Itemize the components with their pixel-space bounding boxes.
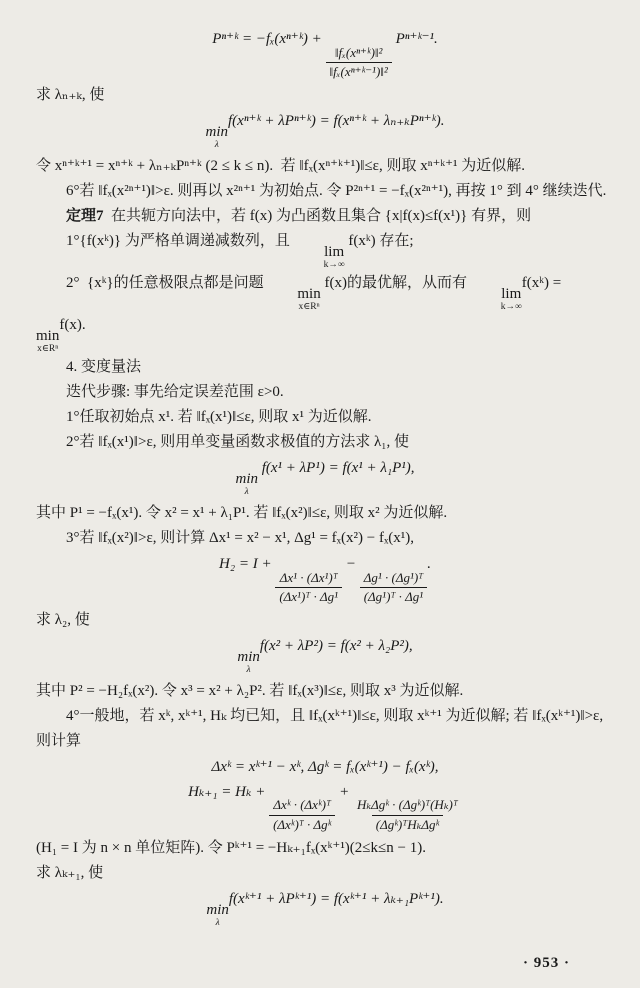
text-line: 令 xⁿ⁺ᵏ⁺¹ = xⁿ⁺ᵏ + λₙ₊ₖPⁿ⁺ᵏ (2 ≤ k ≤ n). … bbox=[36, 154, 614, 179]
text-line: 定理7 在共轭方向法中，若 f(x) 为凸函数且集合 {x|f(x)≤f(x¹)… bbox=[36, 204, 614, 229]
text-run: 1°{f(xᵏ)} 为严格单调递减数列，且 bbox=[66, 233, 294, 249]
operator-name: min bbox=[267, 287, 320, 303]
operator-name: lim bbox=[471, 287, 521, 303]
text-line: 1°任取初始点 x¹. 若 ‖fₓ(x¹)‖≤ε, 则取 x¹ 为近似解. bbox=[36, 405, 614, 430]
min-operator: minλ bbox=[206, 125, 229, 151]
operator-name: min bbox=[206, 903, 229, 919]
text-line: (H₁ = I 为 n × n 单位矩阵). 令 Pᵏ⁺¹ = −Hₖ₊₁fₓ(… bbox=[36, 836, 614, 861]
fraction-denominator: (Δx¹)ᵀ · Δg¹ bbox=[275, 587, 342, 605]
fraction-denominator: (Δg¹)ᵀ · Δg¹ bbox=[360, 587, 427, 605]
min-operator: minx∈Rⁿ bbox=[36, 329, 59, 355]
text-line: 迭代步骤: 事先给定误差范围 ε>0. bbox=[36, 380, 614, 405]
text-line: 求 λ₂, 使 bbox=[36, 608, 614, 633]
fraction-numerator: Δxᵏ · (Δxᵏ)ᵀ bbox=[269, 797, 335, 814]
operator-name: min bbox=[36, 329, 59, 345]
text-run: 其中 P¹ = −fₓ(x¹). 令 x² = x¹ + λ₁P¹. 若 ‖fₓ… bbox=[36, 505, 447, 521]
formula-line: Hₖ₊₁ = Hₖ + Δxᵏ · (Δxᵏ)ᵀ(Δxᵏ)ᵀ · Δgᵏ + H… bbox=[36, 782, 614, 833]
text-run: 2°若 ‖fₓ(x¹)‖>ε, 则用单变量函数求极值的方法求 λ₁, 使 bbox=[66, 434, 409, 450]
text-run: Δxᵏ = xᵏ⁺¹ − xᵏ, Δgᵏ = fₓ(xᵏ⁺¹) − fₓ(xᵏ)… bbox=[211, 759, 438, 775]
text-run: 求 λ₂, 使 bbox=[36, 612, 90, 628]
formula-line: minλf(xᵏ⁺¹ + λPᵏ⁺¹) = f(xᵏ⁺¹ + λₖ₊₁Pᵏ⁺¹)… bbox=[36, 889, 614, 929]
fraction-denominator: (Δxᵏ)ᵀ · Δgᵏ bbox=[269, 815, 335, 833]
fraction-numerator: ‖fₓ(xⁿ⁺ᵏ)‖² bbox=[331, 45, 387, 62]
text-line: 其中 P¹ = −fₓ(x¹). 令 x² = x¹ + λ₁P¹. 若 ‖fₓ… bbox=[36, 501, 614, 526]
operator-subscript: x∈Rⁿ bbox=[37, 345, 58, 355]
operator-name: min bbox=[237, 650, 260, 666]
lim-operator: limk→∞ bbox=[471, 287, 522, 313]
text-line: 其中 P² = −H₂fₓ(x²). 令 x³ = x² + λ₂P². 若 ‖… bbox=[36, 679, 614, 704]
text-run: 4. 变度量法 bbox=[66, 359, 141, 375]
operator-subscript: λ bbox=[216, 919, 220, 929]
text-run: Pⁿ⁺ᵏ = −fₓ(xⁿ⁺ᵏ) + bbox=[212, 31, 325, 47]
formula-line: minλ f(x¹ + λP¹) = f(x¹ + λ₁P¹), bbox=[36, 458, 614, 498]
operator-subscript: λ bbox=[245, 488, 249, 498]
text-run: − bbox=[342, 556, 360, 572]
text-line: minx∈Rⁿf(x). bbox=[36, 313, 614, 355]
formula-line: Δxᵏ = xᵏ⁺¹ − xᵏ, Δgᵏ = fₓ(xᵏ⁺¹) − fₓ(xᵏ)… bbox=[36, 757, 614, 779]
text-run: 令 xⁿ⁺ᵏ⁺¹ = xⁿ⁺ᵏ + λₙ₊ₖPⁿ⁺ᵏ (2 ≤ k ≤ n). … bbox=[36, 158, 525, 174]
fraction: Δx¹ · (Δx¹)ᵀ(Δx¹)ᵀ · Δg¹ bbox=[275, 570, 342, 606]
fraction-denominator: ‖fₓ(xⁿ⁺ᵏ⁻¹)‖² bbox=[326, 62, 392, 80]
operator-name: lim bbox=[294, 245, 344, 261]
text-run: f(xᵏ⁺¹ + λPᵏ⁺¹) = f(xᵏ⁺¹ + λₖ₊₁Pᵏ⁺¹). bbox=[229, 891, 444, 907]
text-line: 2° {xᵏ}的任意极限点都是问题 minx∈Rⁿ f(x)的最优解，从而有 l… bbox=[36, 271, 614, 313]
text-run: 6°若 ‖fₓ(x²ⁿ⁺¹)‖>ε. 则再以 x²ⁿ⁺¹ 为初始点. 令 P²ⁿ… bbox=[66, 183, 606, 199]
text-run: f(x² + λP²) = f(x² + λ₂P²), bbox=[260, 638, 413, 654]
text-run: 3°若 ‖fₓ(x²)‖>ε, 则计算 Δx¹ = x² − x¹, Δg¹ =… bbox=[66, 530, 414, 546]
text-run: 求 λₖ₊₁, 使 bbox=[36, 865, 103, 881]
operator-subscript: k→∞ bbox=[471, 303, 522, 313]
operator-subscript: λ bbox=[215, 141, 219, 151]
min-operator: minx∈Rⁿ bbox=[267, 287, 320, 313]
text-line: 2°若 ‖fₓ(x¹)‖>ε, 则用单变量函数求极值的方法求 λ₁, 使 bbox=[36, 430, 614, 455]
fraction: Δxᵏ · (Δxᵏ)ᵀ(Δxᵏ)ᵀ · Δgᵏ bbox=[269, 797, 335, 833]
text-run: H₂ = I + bbox=[219, 556, 275, 572]
operator-name: min bbox=[206, 125, 229, 141]
text-run: 1°任取初始点 x¹. 若 ‖fₓ(x¹)‖≤ε, 则取 x¹ 为近似解. bbox=[66, 409, 372, 425]
text-line: 求 λₙ₊ₖ, 使 bbox=[36, 83, 614, 108]
text-run: f(xᵏ) = bbox=[522, 275, 561, 291]
text-run: 2° {xᵏ}的任意极限点都是问题 bbox=[66, 275, 267, 291]
fraction: ‖fₓ(xⁿ⁺ᵏ)‖²‖fₓ(xⁿ⁺ᵏ⁻¹)‖² bbox=[326, 45, 392, 81]
text-line: 4°一般地，若 xᵏ, xᵏ⁺¹, Hₖ 均已知，且 ‖fₓ(xᵏ⁺¹)‖≤ε,… bbox=[36, 704, 614, 754]
text-line: 3°若 ‖fₓ(x²)‖>ε, 则计算 Δx¹ = x² − x¹, Δg¹ =… bbox=[36, 526, 614, 551]
bold-text-run: 定理7 bbox=[66, 208, 104, 224]
text-run: Hₖ₊₁ = Hₖ + bbox=[188, 784, 269, 800]
text-line: 4. 变度量法 bbox=[36, 355, 614, 380]
text-run: + bbox=[335, 784, 353, 800]
text-run: f(x)的最优解，从而有 bbox=[321, 275, 471, 291]
fraction-denominator: (Δgᵏ)ᵀHₖΔgᵏ bbox=[372, 815, 443, 833]
text-run: . bbox=[427, 556, 431, 572]
text-run: f(x). bbox=[59, 317, 85, 333]
text-run: 在共轭方向法中，若 f(x) 为凸函数且集合 {x|f(x)≤f(x¹)} 有界… bbox=[104, 208, 532, 224]
operator-subscript: x∈Rⁿ bbox=[269, 303, 320, 313]
fraction: HₖΔgᵏ · (Δgᵏ)ᵀ(Hₖ)ᵀ(Δgᵏ)ᵀHₖΔgᵏ bbox=[353, 797, 462, 833]
formula-line: H₂ = I + Δx¹ · (Δx¹)ᵀ(Δx¹)ᵀ · Δg¹ − Δg¹ … bbox=[36, 554, 614, 605]
operator-subscript: k→∞ bbox=[294, 261, 345, 271]
formula-line: minλf(xⁿ⁺ᵏ + λPⁿ⁺ᵏ) = f(xⁿ⁺ᵏ + λₙ₊ₖPⁿ⁺ᵏ)… bbox=[36, 111, 614, 151]
text-run: f(xⁿ⁺ᵏ + λPⁿ⁺ᵏ) = f(xⁿ⁺ᵏ + λₙ₊ₖPⁿ⁺ᵏ). bbox=[228, 113, 444, 129]
text-run: Pⁿ⁺ᵏ⁻¹. bbox=[392, 31, 438, 47]
text-run: (H₁ = I 为 n × n 单位矩阵). 令 Pᵏ⁺¹ = −Hₖ₊₁fₓ(… bbox=[36, 840, 426, 856]
fraction-numerator: Δx¹ · (Δx¹)ᵀ bbox=[276, 570, 342, 587]
operator-name: min bbox=[235, 472, 258, 488]
document-body: Pⁿ⁺ᵏ = −fₓ(xⁿ⁺ᵏ) + ‖fₓ(xⁿ⁺ᵏ)‖²‖fₓ(xⁿ⁺ᵏ⁻¹… bbox=[36, 26, 614, 955]
lim-operator: limk→∞ bbox=[294, 245, 345, 271]
text-run: 4°一般地，若 xᵏ, xᵏ⁺¹, Hₖ 均已知，且 ‖fₓ(xᵏ⁺¹)‖≤ε,… bbox=[36, 708, 607, 749]
text-run: 其中 P² = −H₂fₓ(x²). 令 x³ = x² + λ₂P². 若 ‖… bbox=[36, 683, 463, 699]
fraction: Δg¹ · (Δg¹)ᵀ(Δg¹)ᵀ · Δg¹ bbox=[360, 570, 427, 606]
fraction-numerator: Δg¹ · (Δg¹)ᵀ bbox=[360, 570, 427, 587]
page-number: · 953 · bbox=[36, 955, 614, 972]
text-run: 求 λₙ₊ₖ, 使 bbox=[36, 87, 104, 103]
text-run: 迭代步骤: 事先给定误差范围 ε>0. bbox=[66, 384, 284, 400]
text-line: 求 λₖ₊₁, 使 bbox=[36, 861, 614, 886]
text-line: 1°{f(xᵏ)} 为严格单调递减数列，且 limk→∞ f(xᵏ) 存在; bbox=[36, 229, 614, 271]
text-run: f(x¹ + λP¹) = f(x¹ + λ₁P¹), bbox=[258, 460, 415, 476]
text-line: 6°若 ‖fₓ(x²ⁿ⁺¹)‖>ε. 则再以 x²ⁿ⁺¹ 为初始点. 令 P²ⁿ… bbox=[36, 179, 614, 204]
min-operator: minλ bbox=[206, 903, 229, 929]
min-operator: minλ bbox=[237, 650, 260, 676]
formula-line: Pⁿ⁺ᵏ = −fₓ(xⁿ⁺ᵏ) + ‖fₓ(xⁿ⁺ᵏ)‖²‖fₓ(xⁿ⁺ᵏ⁻¹… bbox=[36, 29, 614, 80]
text-run: f(xᵏ) 存在; bbox=[345, 233, 414, 249]
scanned-page: Pⁿ⁺ᵏ = −fₓ(xⁿ⁺ᵏ) + ‖fₓ(xⁿ⁺ᵏ)‖²‖fₓ(xⁿ⁺ᵏ⁻¹… bbox=[0, 0, 640, 988]
operator-subscript: λ bbox=[247, 666, 251, 676]
min-operator: minλ bbox=[235, 472, 258, 498]
fraction-numerator: HₖΔgᵏ · (Δgᵏ)ᵀ(Hₖ)ᵀ bbox=[353, 797, 462, 814]
formula-line: minλf(x² + λP²) = f(x² + λ₂P²), bbox=[36, 636, 614, 676]
